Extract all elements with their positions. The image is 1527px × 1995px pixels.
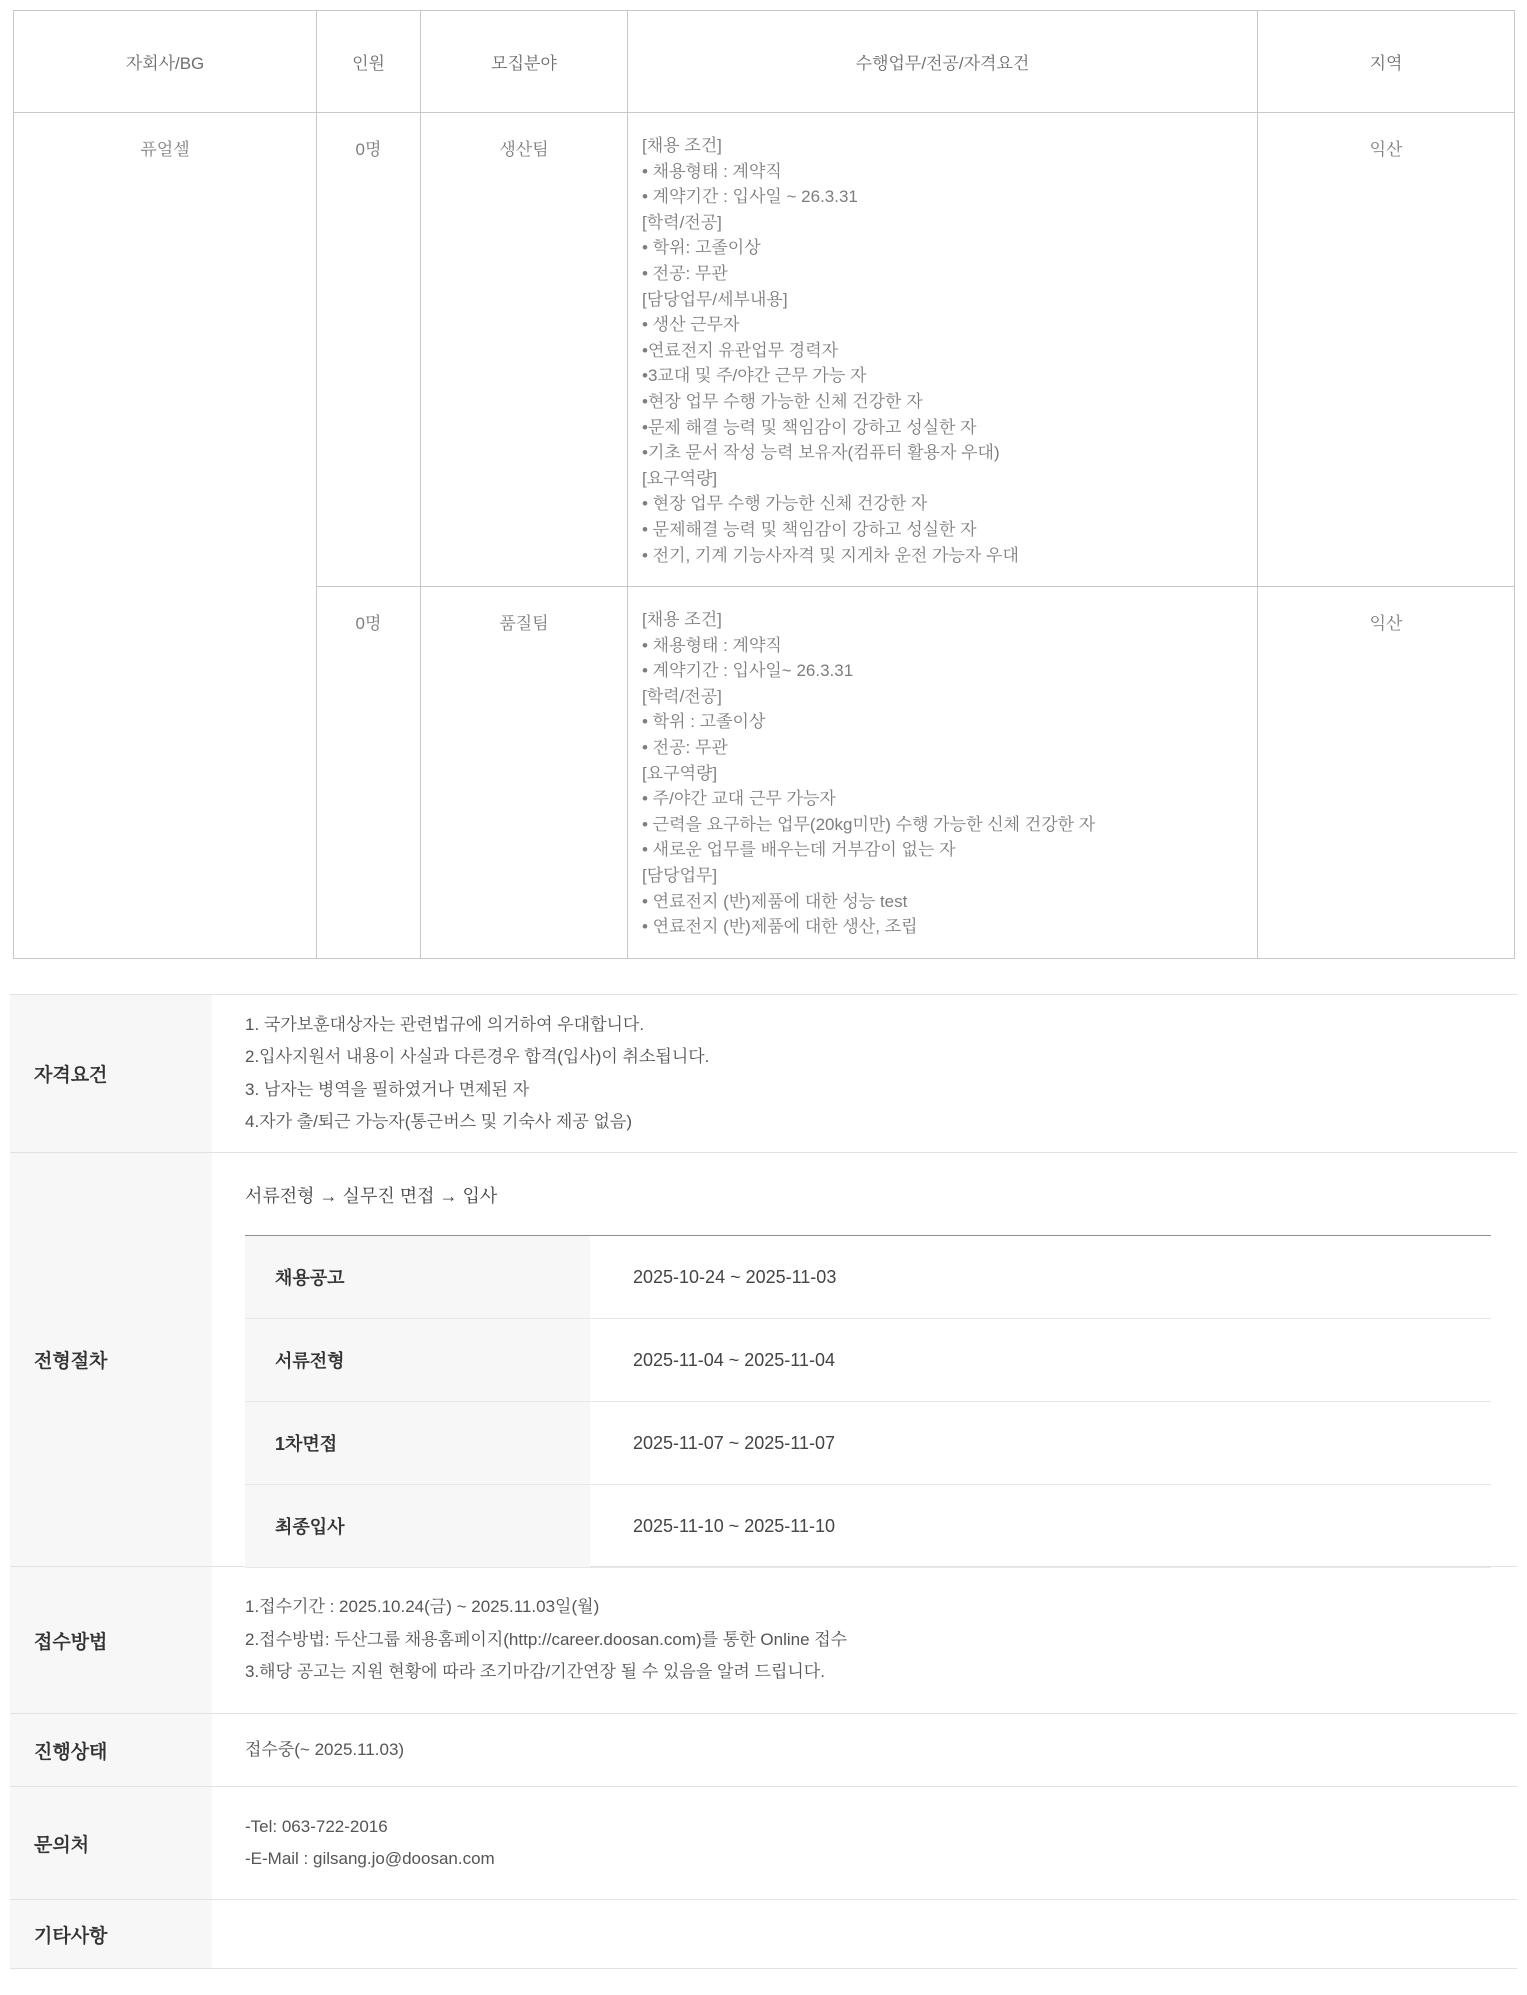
schedule-row: 서류전형 2025-11-04 ~ 2025-11-04 <box>245 1319 1491 1402</box>
job-posting-page: { "table": { "headers": ["자회사/BG", "인원",… <box>0 10 1527 1995</box>
text-line: -Tel: 063-722-2016 <box>245 1811 1517 1844</box>
text-line: 4.자가 출/퇴근 가능자(통근버스 및 기숙사 제공 없음) <box>245 1106 1517 1139</box>
text-line: [채용 조건] <box>642 607 1239 633</box>
text-line: • 계약기간 : 입사일~ 26.3.31 <box>642 658 1239 684</box>
info-content <box>212 1900 1517 1968</box>
text-line: •현장 업무 수행 가능한 신체 건강한 자 <box>642 389 1239 415</box>
schedule-row: 최종입사 2025-11-10 ~ 2025-11-10 <box>245 1485 1491 1568</box>
text-line: • 연료전지 (반)제품에 대한 성능 test <box>642 889 1239 915</box>
text-line: • 생산 근무자 <box>642 312 1239 338</box>
text-line: [학력/전공] <box>642 684 1239 710</box>
details-cell: [채용 조건]• 채용형태 : 계약직• 계약기간 : 입사일~ 26.3.31… <box>628 587 1258 959</box>
text-line: • 채용형태 : 계약직 <box>642 159 1239 185</box>
info-row-contact: 문의처 -Tel: 063-722-2016-E-Mail : gilsang.… <box>10 1786 1517 1899</box>
text-line: 접수중(~ 2025.11.03) <box>245 1734 1517 1767</box>
text-line: -E-Mail : gilsang.jo@doosan.com <box>245 1843 1517 1876</box>
info-label: 접수방법 <box>10 1567 212 1713</box>
info-content: 서류전형 → 실무진 면접 → 입사 채용공고 2025-10-24 ~ 202… <box>212 1153 1517 1566</box>
text-line: • 새로운 업무를 배우는데 거부감이 없는 자 <box>642 837 1239 863</box>
info-label: 진행상태 <box>10 1714 212 1786</box>
text-line: • 계약기간 : 입사일 ~ 26.3.31 <box>642 184 1239 210</box>
text-line: 3. 남자는 병역을 필하였거나 면제된 자 <box>245 1074 1517 1107</box>
text-line: • 현장 업무 수행 가능한 신체 건강한 자 <box>642 491 1239 517</box>
info-label: 문의처 <box>10 1787 212 1899</box>
info-content: 접수중(~ 2025.11.03) <box>212 1714 1517 1786</box>
schedule-period: 2025-10-24 ~ 2025-11-03 <box>590 1236 1491 1318</box>
table-row: 퓨얼셀 0명 생산팀 [채용 조건]• 채용형태 : 계약직• 계약기간 : 입… <box>14 113 1515 587</box>
info-row-status: 진행상태 접수중(~ 2025.11.03) <box>10 1713 1517 1786</box>
info-section: 자격요건 1. 국가보훈대상자는 관련법규에 의거하여 우대합니다.2.입사지원… <box>10 994 1517 1969</box>
region-cell: 익산 <box>1258 113 1515 587</box>
info-content: 1. 국가보훈대상자는 관련법규에 의거하여 우대합니다.2.입사지원서 내용이… <box>212 995 1517 1152</box>
text-line: [학력/전공] <box>642 210 1239 236</box>
header-subsidiary: 자회사/BG <box>14 11 317 113</box>
text-line: • 전공: 무관 <box>642 735 1239 761</box>
info-label: 전형절차 <box>10 1153 212 1566</box>
text-line: [담당업무] <box>642 863 1239 889</box>
team-cell: 품질팀 <box>421 587 628 959</box>
info-row-apply: 접수방법 1.접수기간 : 2025.10.24(금) ~ 2025.11.03… <box>10 1566 1517 1713</box>
details-list: [채용 조건]• 채용형태 : 계약직• 계약기간 : 입사일 ~ 26.3.3… <box>642 133 1239 568</box>
text-line: • 전공: 무관 <box>642 261 1239 287</box>
info-row-qualification: 자격요건 1. 국가보훈대상자는 관련법규에 의거하여 우대합니다.2.입사지원… <box>10 994 1517 1152</box>
text-line: • 전기, 기계 기능사자격 및 지게차 운전 가능자 우대 <box>642 543 1239 569</box>
text-line: 1. 국가보훈대상자는 관련법규에 의거하여 우대합니다. <box>245 1009 1517 1042</box>
table-header-row: 자회사/BG 인원 모집분야 수행업무/전공/자격요건 지역 <box>14 11 1515 113</box>
details-list: [채용 조건]• 채용형태 : 계약직• 계약기간 : 입사일~ 26.3.31… <box>642 607 1239 940</box>
text-line: [담당업무/세부내용] <box>642 287 1239 313</box>
info-content: 1.접수기간 : 2025.10.24(금) ~ 2025.11.03일(월)2… <box>212 1567 1517 1713</box>
text-line: • 문제해결 능력 및 책임감이 강하고 성실한 자 <box>642 517 1239 543</box>
text-line: 2.접수방법: 두산그룹 채용홈페이지(http://career.doosan… <box>245 1624 1517 1657</box>
schedule-period: 2025-11-10 ~ 2025-11-10 <box>590 1485 1491 1567</box>
team-cell: 생산팀 <box>421 113 628 587</box>
details-cell: [채용 조건]• 채용형태 : 계약직• 계약기간 : 입사일 ~ 26.3.3… <box>628 113 1258 587</box>
schedule-step: 채용공고 <box>245 1236 590 1318</box>
schedule-period: 2025-11-04 ~ 2025-11-04 <box>590 1319 1491 1401</box>
info-content: -Tel: 063-722-2016-E-Mail : gilsang.jo@d… <box>212 1787 1517 1899</box>
schedule-step: 1차면접 <box>245 1402 590 1484</box>
text-line: • 주/야간 교대 근무 가능자 <box>642 786 1239 812</box>
header-headcount: 인원 <box>317 11 421 113</box>
info-row-process: 전형절차 서류전형 → 실무진 면접 → 입사 채용공고 2025-10-24 … <box>10 1152 1517 1566</box>
schedule-row: 채용공고 2025-10-24 ~ 2025-11-03 <box>245 1236 1491 1319</box>
info-row-etc: 기타사항 <box>10 1899 1517 1969</box>
info-label: 기타사항 <box>10 1900 212 1968</box>
text-line: • 연료전지 (반)제품에 대한 생산, 조립 <box>642 914 1239 940</box>
text-line: [요구역량] <box>642 761 1239 787</box>
company-cell: 퓨얼셀 <box>14 113 317 959</box>
headcount-cell: 0명 <box>317 113 421 587</box>
text-line: •연료전지 유관업무 경력자 <box>642 338 1239 364</box>
text-line: •문제 해결 능력 및 책임감이 강하고 성실한 자 <box>642 415 1239 441</box>
text-line: 1.접수기간 : 2025.10.24(금) ~ 2025.11.03일(월) <box>245 1591 1517 1624</box>
headcount-cell: 0명 <box>317 587 421 959</box>
text-line: • 학위 : 고졸이상 <box>642 709 1239 735</box>
info-label: 자격요건 <box>10 995 212 1152</box>
schedule-table: 채용공고 2025-10-24 ~ 2025-11-03 서류전형 2025-1… <box>245 1235 1491 1568</box>
text-line: 2.입사지원서 내용이 사실과 다른경우 합격(입사)이 취소됩니다. <box>245 1041 1517 1074</box>
header-duties: 수행업무/전공/자격요건 <box>628 11 1258 113</box>
header-region: 지역 <box>1258 11 1515 113</box>
process-intro: 서류전형 → 실무진 면접 → 입사 <box>245 1181 1517 1211</box>
schedule-row: 1차면접 2025-11-07 ~ 2025-11-07 <box>245 1402 1491 1485</box>
text-line: • 학위: 고졸이상 <box>642 235 1239 261</box>
text-line: •기초 문서 작성 능력 보유자(컴퓨터 활용자 우대) <box>642 440 1239 466</box>
text-line: • 채용형태 : 계약직 <box>642 633 1239 659</box>
text-line: 3.해당 공고는 지원 현황에 따라 조기마감/기간연장 될 수 있음을 알려 … <box>245 1656 1517 1689</box>
schedule-step: 서류전형 <box>245 1319 590 1401</box>
recruitment-table: 자회사/BG 인원 모집분야 수행업무/전공/자격요건 지역 퓨얼셀 0명 생산… <box>13 10 1515 959</box>
text-line: [채용 조건] <box>642 133 1239 159</box>
text-line: •3교대 및 주/야간 근무 가능 자 <box>642 363 1239 389</box>
region-cell: 익산 <box>1258 587 1515 959</box>
schedule-step: 최종입사 <box>245 1485 590 1567</box>
text-line: • 근력을 요구하는 업무(20kg미만) 수행 가능한 신체 건강한 자 <box>642 812 1239 838</box>
schedule-period: 2025-11-07 ~ 2025-11-07 <box>590 1402 1491 1484</box>
text-line: [요구역량] <box>642 466 1239 492</box>
header-field: 모집분야 <box>421 11 628 113</box>
